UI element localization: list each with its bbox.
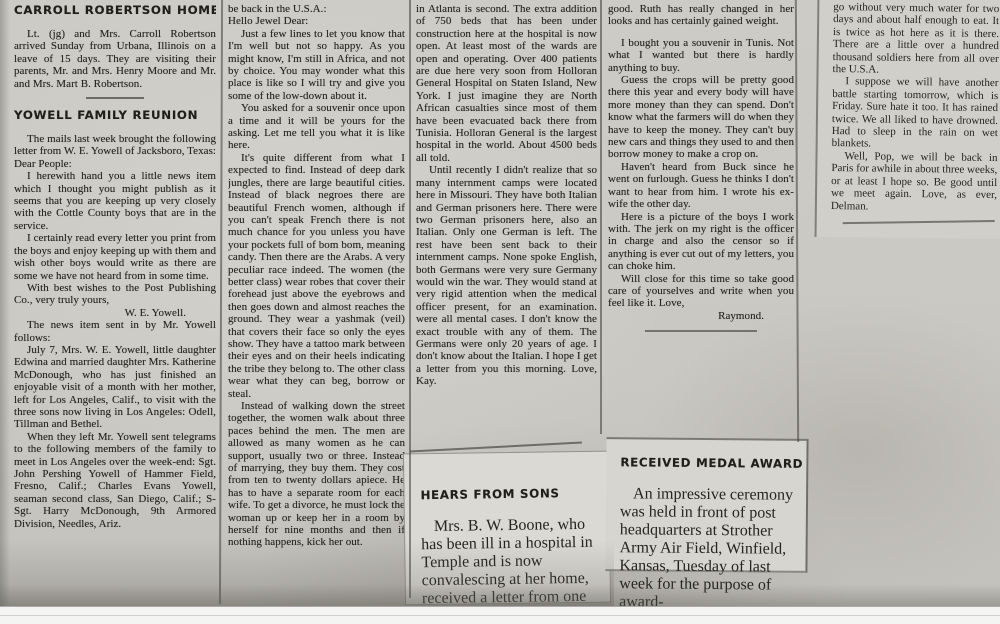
letter-paragraph: I bought you a souvenir in Tunis. Not wh…	[608, 37, 794, 74]
column-separator	[409, 0, 411, 598]
letter-paragraph: Will close for this time so take good ca…	[608, 273, 794, 310]
newspaper-scan-page: CARROLL ROBERTSON HOME Lt. (jg) and Mrs.…	[0, 0, 1000, 624]
letter-paragraph: It's quite different from what I expecte…	[228, 152, 405, 400]
column-letter-kay: in Atlanta is second. The extra addition…	[416, 0, 597, 441]
letter-salutation: Dear People:	[14, 158, 216, 170]
column-separator	[219, 0, 223, 604]
letter-paragraph: Haven't heard from Buck since he went on…	[608, 161, 794, 211]
letter-paragraph: in Atlanta is second. The extra addition…	[416, 3, 597, 164]
page-edge-shadow	[0, 584, 1000, 607]
article-paragraph: With best wishes to the Post Publishing …	[14, 282, 216, 307]
scan-shadow	[0, 0, 10, 607]
column-letter-jewel: be back in the U.S.A.: Hello Jewel Dear:…	[228, 0, 405, 605]
letter-paragraph: good. Ruth has really changed in her loo…	[608, 3, 794, 28]
letter-paragraph: Here is a picture of the boys I work wit…	[608, 211, 794, 273]
headline-yowell-family-reunion: YOWELL FAMILY REUNION	[14, 108, 216, 122]
column-separator	[795, 0, 799, 442]
column-letter-raymond: good. Ruth has really changed in her loo…	[608, 0, 794, 439]
column-separator	[600, 0, 602, 434]
headline-hears-from-sons: HEARS FROM SONS	[420, 486, 598, 502]
letter-paragraph: You asked for a souvenir once upon a tim…	[228, 102, 405, 152]
letter-paragraph: I suppose we will have another battle st…	[832, 75, 999, 151]
clipping-letter-delman: go without very much water for two days …	[815, 0, 1000, 239]
article-paragraph: The mails last week brought the followin…	[14, 133, 216, 158]
article-paragraph: I certainly read every letter you print …	[14, 232, 216, 282]
clipping-edge-line	[843, 220, 995, 224]
letter-paragraph: Well, Pop, we will be back in Paris for …	[831, 150, 998, 214]
letter-signature: W. E. Yowell.	[14, 307, 216, 319]
clipping-received-medal-award: RECEIVED MEDAL AWARD An impressive cerem…	[605, 437, 808, 573]
column-carroll-yowell: CARROLL ROBERTSON HOME Lt. (jg) and Mrs.…	[14, 0, 216, 609]
letter-paragraph: Just a few lines to let you know that I'…	[228, 28, 405, 102]
letter-fragment: be back in the U.S.A.:	[228, 3, 405, 15]
article-paragraph: Lt. (jg) and Mrs. Carroll Robertson arri…	[14, 28, 216, 90]
letter-paragraph: Guess the crops will be pretty good ther…	[608, 74, 794, 161]
headline-carroll-robertson-home: CARROLL ROBERTSON HOME	[14, 3, 216, 17]
article-paragraph: When they left Mr. Yowell sent telegrams…	[14, 431, 216, 530]
headline-received-medal-award: RECEIVED MEDAL AWARD	[620, 455, 798, 471]
letter-salutation: Hello Jewel Dear:	[228, 15, 405, 27]
letter-paragraph: Instead of walking down the street toget…	[228, 400, 405, 549]
article-paragraph: I herewith hand you a little news item w…	[14, 170, 216, 232]
scanner-bed-line	[0, 615, 1000, 616]
clipping-hears-from-sons: HEARS FROM SONS Mrs. B. W. Boone, who ha…	[403, 451, 611, 606]
article-paragraph: July 7, Mrs. W. E. Yowell, little daught…	[14, 344, 216, 431]
letter-signature: Raymond.	[608, 310, 794, 322]
section-divider	[86, 97, 144, 99]
article-paragraph: The news item sent in by Mr. Yowell foll…	[14, 319, 216, 344]
letter-paragraph: Until recently I didn't realize that so …	[416, 164, 597, 387]
letter-paragraph: go without very much water for two days …	[832, 1, 999, 77]
section-divider	[645, 330, 757, 332]
